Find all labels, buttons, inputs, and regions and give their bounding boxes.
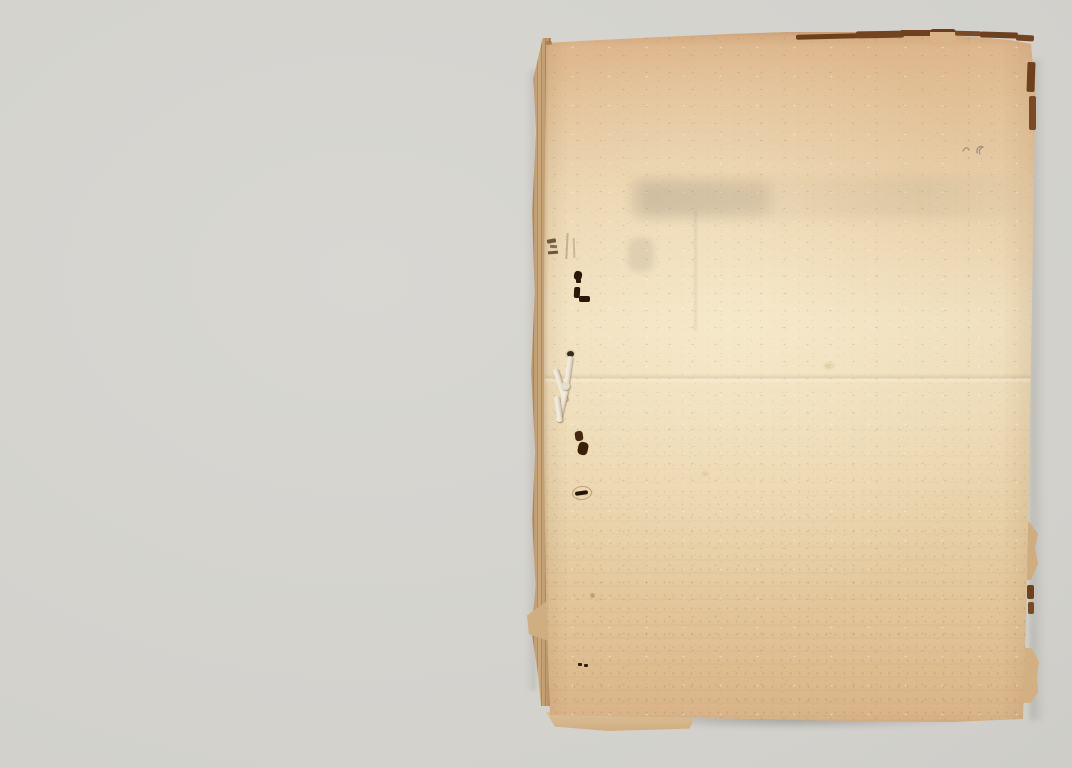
worn-edge-fragment xyxy=(1016,35,1034,42)
paper-stain xyxy=(700,470,710,478)
ink-scribble xyxy=(550,245,557,249)
ink-dot xyxy=(578,663,582,666)
paper-stain xyxy=(822,361,836,371)
ink-blot xyxy=(576,279,581,283)
worn-fleck-top-left xyxy=(546,41,552,45)
worn-edge-fragment xyxy=(900,30,934,36)
worn-edge-fragment xyxy=(955,31,981,36)
photo-background xyxy=(0,0,1072,768)
worn-edge-fragment xyxy=(856,31,904,39)
show-through-smudge xyxy=(640,182,770,216)
pencil-annotation xyxy=(960,142,992,160)
show-through-smudge xyxy=(694,210,697,330)
paper-bump-top-edge xyxy=(930,29,956,42)
booklet-cover-page xyxy=(543,30,1040,725)
worn-edge-fragment xyxy=(980,32,1018,39)
worn-edge-fragment-right xyxy=(1028,602,1034,614)
fold-crease xyxy=(545,374,1033,383)
paper-stain xyxy=(590,593,595,598)
string-knot xyxy=(561,382,570,390)
ink-dot xyxy=(584,664,588,667)
ink-blot xyxy=(574,430,583,441)
ink-blot xyxy=(579,296,590,302)
worn-edge-fragment-right xyxy=(1027,585,1034,599)
binding-string xyxy=(550,350,582,428)
worn-edge-fragment-right xyxy=(1029,96,1036,130)
worn-edge-fragment-right xyxy=(1026,62,1035,92)
show-through-smudge xyxy=(628,238,654,272)
